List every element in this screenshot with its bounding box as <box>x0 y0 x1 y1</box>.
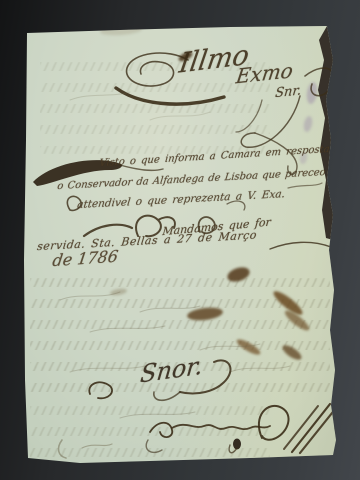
burned-edge <box>318 26 345 434</box>
manuscript-page: Illmo Exmo Snr. Visto o que informa a Ca… <box>0 0 360 480</box>
signature-flourish <box>89 360 336 453</box>
salutation-snr: Snr. <box>274 83 302 101</box>
photo-backdrop: Illmo Exmo Snr. Visto o que informa a Ca… <box>0 0 360 480</box>
